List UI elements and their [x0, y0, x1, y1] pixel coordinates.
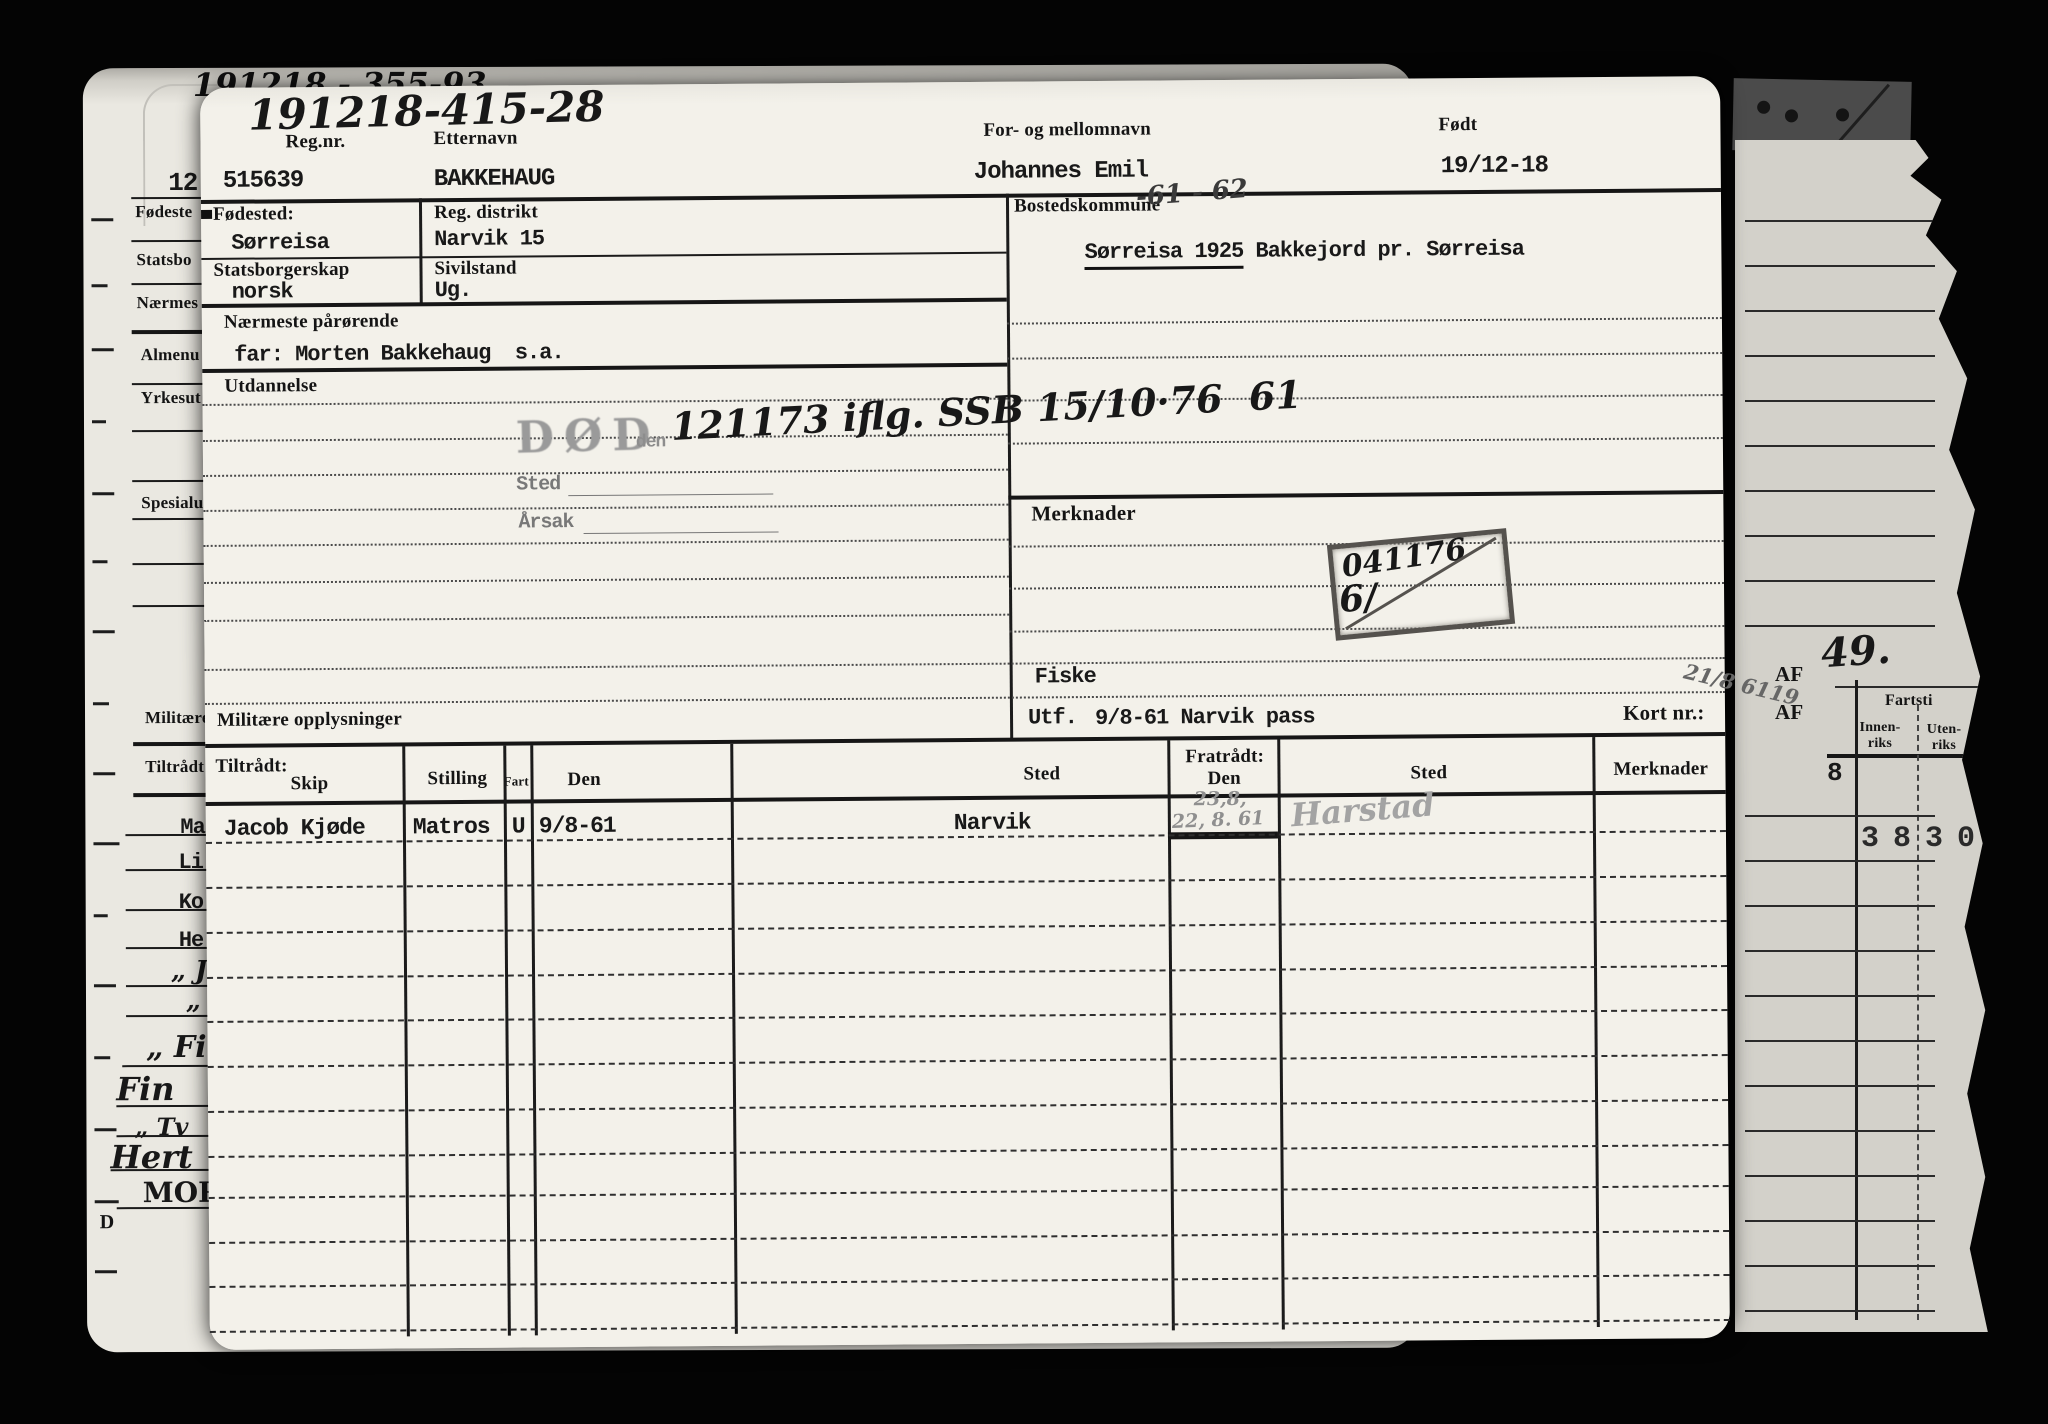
bostedskommune-underlined: Sørreisa 1925	[1085, 239, 1244, 270]
ledger-line	[1745, 445, 1935, 447]
den-label: den	[636, 432, 666, 452]
row-line	[209, 1230, 1729, 1244]
row-line	[209, 1185, 1729, 1199]
etternavn-label: Etternavn	[433, 127, 517, 150]
fodt-value: 19/12-18	[1441, 152, 1548, 180]
under-entry: He	[179, 928, 203, 953]
column-line	[1917, 705, 1919, 1320]
ledger-line	[1745, 400, 1935, 402]
ledger-line	[1745, 355, 1935, 357]
blank-line	[568, 493, 773, 496]
fratradt-label: Fratrådt:	[1185, 746, 1264, 769]
ledger-line	[1745, 265, 1935, 267]
edge-tick	[94, 914, 108, 917]
column-line	[1592, 737, 1600, 1327]
ledger-line	[1745, 310, 1935, 312]
column-line	[419, 198, 423, 304]
row1-skip: Jacob Kjøde	[224, 815, 365, 842]
edge-tick	[92, 492, 114, 495]
parorende-value: far: Morten Bakkehaug s.a.	[234, 340, 564, 368]
ledger-line	[1745, 1220, 1935, 1222]
bostedskommune-note: -61 - 62	[1135, 174, 1249, 213]
utdannelse-label: Utdannelse	[224, 375, 317, 398]
regdistrikt-label: Reg. distrikt	[434, 201, 538, 224]
fornavn-value: Johannes Emil	[974, 158, 1148, 186]
bostedskommune-value: Sørreisa 1925 Bakkejord pr. Sørreisa	[1011, 212, 1524, 291]
header-merknader: Merknader	[1613, 758, 1708, 781]
punch-hole	[1757, 101, 1770, 114]
edge-tick	[92, 560, 107, 563]
dotted-line	[205, 657, 1725, 671]
ledger-line	[1745, 220, 1935, 222]
utf-label: Utf.	[1028, 705, 1077, 730]
edge-tick	[92, 284, 108, 287]
dotted-line	[204, 614, 1009, 622]
militare-opplysninger-label: Militære opplysninger	[217, 708, 402, 731]
row-line	[209, 1274, 1729, 1288]
edge-tick	[95, 1270, 117, 1273]
stamped-number-38301: 38301	[1861, 822, 2021, 856]
under-corner-letter: D	[100, 1211, 115, 1234]
rule-line	[1008, 490, 1723, 500]
rule-line	[111, 1169, 225, 1171]
dotted-line	[205, 691, 1725, 705]
header-sted: Sted	[1023, 763, 1060, 785]
fartstid-header: Fartsti	[1885, 692, 1933, 710]
scanned-archive-page: 49. Fartsti Innen-riks Uten-riks 8 38301…	[0, 0, 2048, 1424]
fodt-label: Født	[1438, 114, 1477, 136]
dotted-line	[203, 469, 1008, 477]
under-entry: Ma	[180, 815, 204, 840]
row-line	[207, 965, 1727, 979]
punch-hole	[1836, 108, 1849, 121]
edge-tick	[93, 842, 119, 845]
stamp-box-diagonal	[1332, 534, 1509, 636]
fornavn-label: For- og mellomnavn	[983, 119, 1151, 142]
utenriks-header: Uten-riks	[1916, 722, 1972, 754]
under-entry: Li	[178, 850, 202, 875]
dotted-line	[204, 576, 1009, 584]
date-stamp-box: 041176 6/	[1327, 528, 1515, 641]
ledger-line	[1745, 625, 1935, 627]
sivilstand-value: Ug.	[435, 278, 472, 303]
edge-tick	[95, 1200, 119, 1203]
handwritten-note-49: 49.	[1819, 626, 1892, 678]
rule-line	[206, 790, 1726, 806]
kortnr-label: Kort nr.:	[1623, 700, 1705, 726]
registration-card: 191218-415-28 Reg.nr. Etternavn For- og …	[200, 76, 1730, 1350]
row-line	[208, 1144, 1728, 1158]
rule-line	[202, 298, 1007, 308]
column-line	[1855, 680, 1858, 1320]
dotted-line	[1007, 317, 1722, 325]
under-label-tiltradt: Tiltrådt	[145, 757, 204, 777]
under-row-number: 12	[168, 168, 197, 198]
edge-tick	[92, 348, 114, 351]
innenriks-header: Innen-riks	[1851, 720, 1909, 752]
parorende-label: Nærmeste pårørende	[224, 310, 399, 333]
row-line	[208, 1099, 1728, 1113]
under-entry: „ J	[171, 956, 207, 986]
row-line	[207, 1009, 1727, 1023]
column-line	[530, 745, 538, 1335]
dotted-line	[204, 539, 1009, 547]
column-line	[730, 744, 738, 1334]
row-line	[206, 875, 1726, 889]
ledger-line	[1745, 1310, 1935, 1312]
row1-fratradt-den-note1: 23,8,	[1194, 788, 1247, 810]
rule-line	[205, 732, 1725, 748]
under-entry: Fin	[116, 1070, 174, 1108]
rule-line	[1827, 754, 1987, 758]
dotted-line	[1008, 437, 1723, 445]
ledger-line	[1745, 1040, 1935, 1042]
under-label-almenutdannelse: Almenu	[141, 345, 200, 365]
regnr-value: 515639	[223, 167, 304, 195]
header-stilling: Stilling	[427, 768, 487, 790]
bostedskommune-rest: Bakkejord pr. Sørreisa	[1243, 237, 1524, 264]
etternavn-value: BAKKEHAUG	[434, 165, 555, 193]
ledger-line	[1745, 1130, 1935, 1132]
ink-blot	[201, 210, 212, 219]
row1-sted: Narvik	[954, 809, 1031, 836]
under-label-narmeste: Nærmes	[137, 293, 199, 313]
merknader-label: Merknader	[1031, 501, 1136, 527]
ledger-line	[1745, 815, 1935, 817]
row1-den: 9/8-61	[539, 813, 616, 840]
punch-hole	[1785, 109, 1798, 122]
regdistrikt-value: Narvik 15	[434, 226, 544, 252]
sivilstand-label: Sivilstand	[434, 258, 516, 281]
rule-line	[201, 188, 1721, 204]
ledger-line	[1745, 1085, 1935, 1087]
regnr-label: Reg.nr.	[285, 131, 345, 153]
row1-fart: U	[512, 813, 525, 839]
dotted-line	[1007, 352, 1722, 360]
sted-label: Sted	[516, 473, 560, 496]
edge-tick	[91, 218, 113, 221]
edge-tick	[93, 772, 115, 775]
row-line	[208, 1054, 1728, 1068]
edge-tick	[93, 702, 109, 705]
ledger-line	[1745, 580, 1935, 582]
under-label-fodested: Fødeste	[135, 202, 192, 222]
fodested-label: Fødested:	[213, 203, 294, 226]
utf-value: 9/8-61 Narvik pass	[1095, 704, 1315, 731]
edge-tick	[93, 630, 115, 633]
header-sted2: Sted	[1410, 762, 1447, 784]
tiltradt-label: Tiltrådt:	[215, 755, 287, 778]
edge-tick	[94, 984, 116, 987]
edge-tick	[94, 1128, 116, 1131]
ledger-line	[1745, 860, 1935, 862]
row-line	[210, 1319, 1730, 1333]
edge-tick	[94, 1056, 110, 1059]
arsak-label: Årsak	[518, 511, 573, 534]
header-skip: Skip	[290, 773, 328, 795]
under-label-statsborgerskap: Statsbo	[136, 250, 191, 270]
fiske-label: Fiske	[1035, 664, 1096, 689]
header-fart: Fart	[503, 773, 528, 789]
under-label-spesialutdannelse: Spesialu	[141, 493, 203, 513]
ledger-line	[1745, 1175, 1935, 1177]
statsborgerskap-value: norsk	[232, 279, 293, 304]
blank-line	[584, 531, 779, 534]
ledger-line	[1745, 1265, 1935, 1267]
column-line	[1277, 740, 1285, 1330]
ledger-line	[1745, 950, 1935, 952]
under-label-militare: Militære	[145, 708, 210, 728]
ledger-line	[1745, 905, 1935, 907]
torn-ledger-paper: 49. Fartsti Innen-riks Uten-riks 8 38301	[1735, 140, 1993, 1332]
under-label-yrkesutdannelse: Yrkesut	[141, 388, 201, 408]
fodested-value: Sørreisa	[231, 230, 329, 256]
ledger-line	[1745, 535, 1935, 537]
row-line	[207, 920, 1727, 934]
column-line	[503, 746, 511, 1336]
column-line	[402, 746, 410, 1336]
ledger-line	[1745, 490, 1935, 492]
header-den2: Den	[1207, 768, 1240, 790]
row1-fratradt-den-note2: 22, 8. 61	[1171, 807, 1264, 833]
under-entry: Ko	[179, 890, 203, 915]
ledger-line	[1745, 995, 1935, 997]
header-den: Den	[567, 769, 600, 791]
edge-tick	[92, 420, 106, 423]
dotted-line	[203, 504, 1008, 512]
row-number-8: 8	[1827, 758, 1842, 788]
death-note-handwritten: 121173 iflg. SSB 15/10·76 61	[670, 372, 1303, 449]
row1-stilling: Matros	[413, 814, 490, 841]
